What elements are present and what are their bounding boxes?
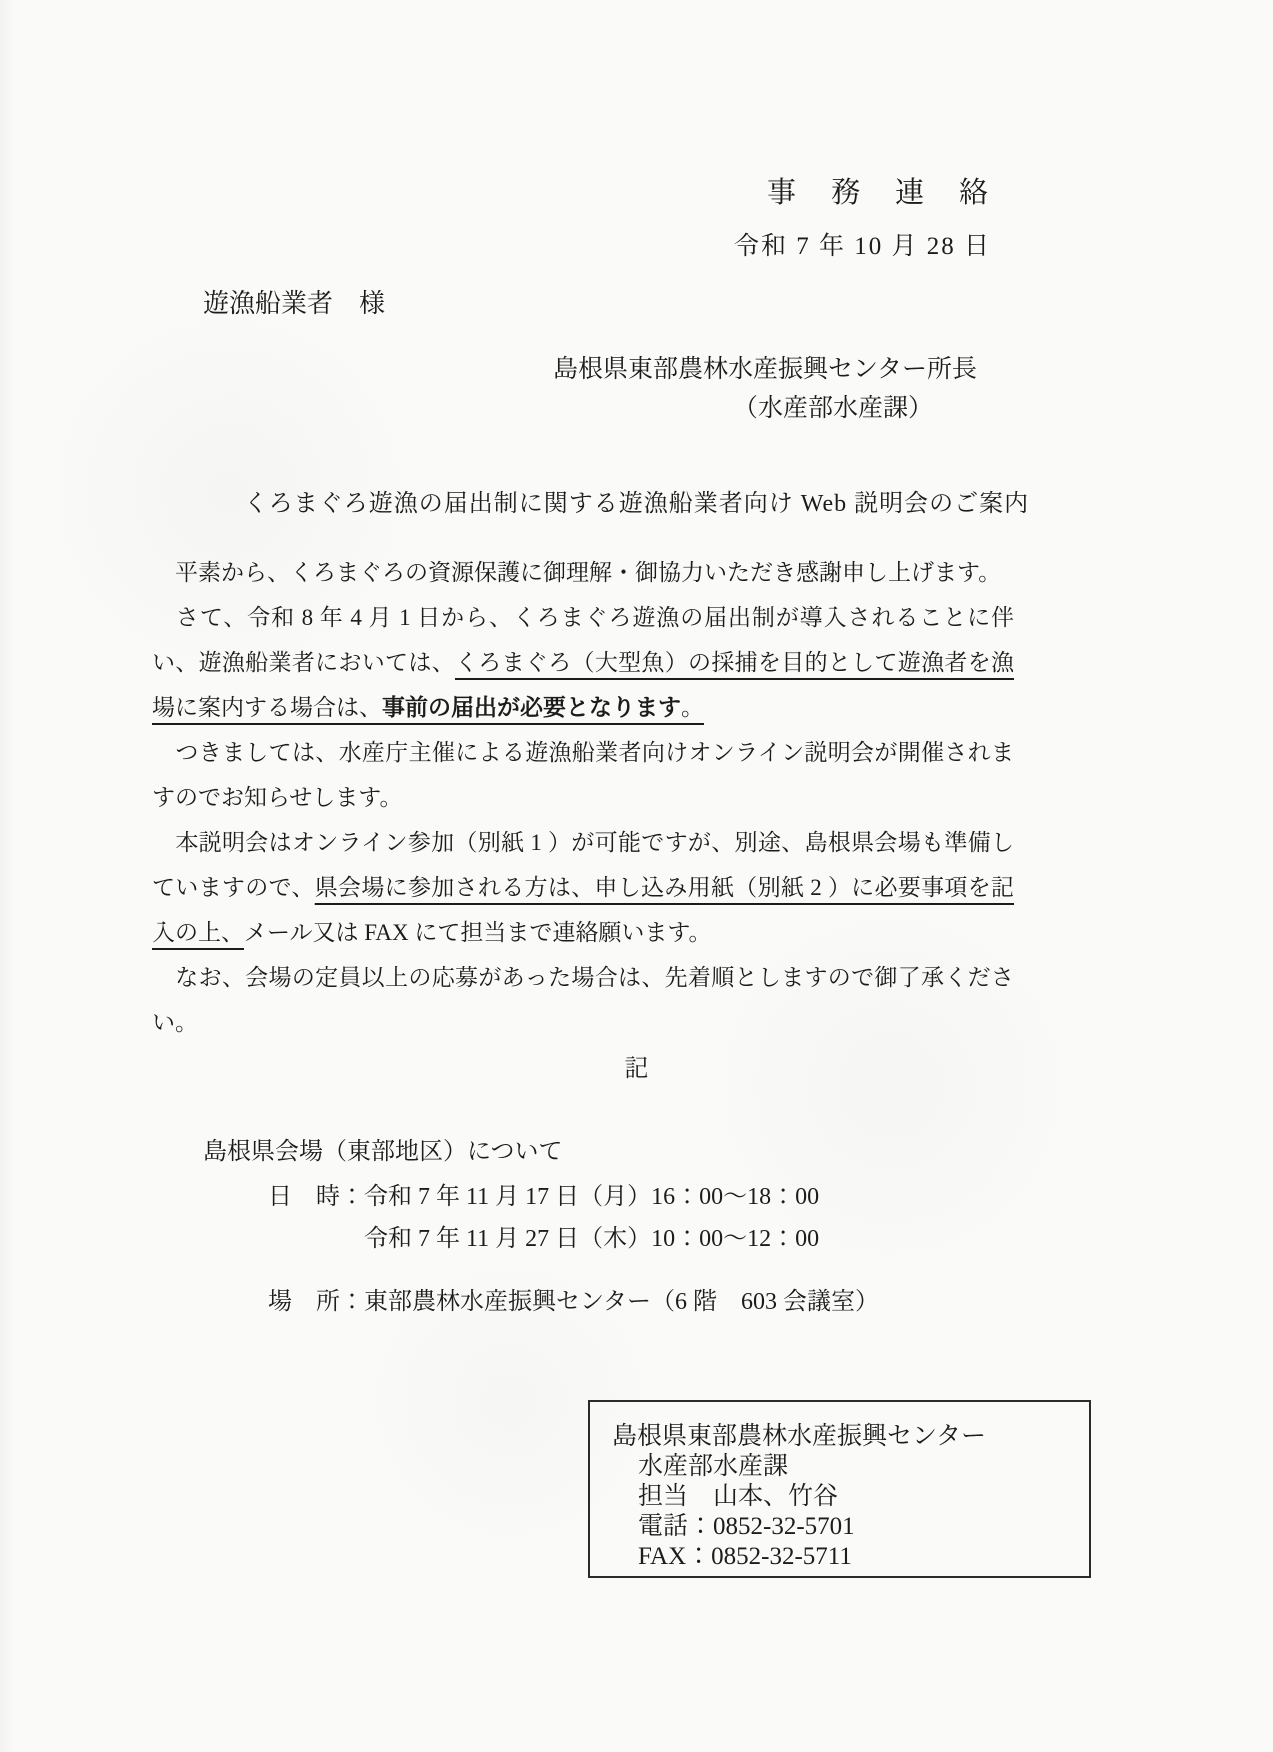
scanned-document-page: 事 務 連 絡 令和 7 年 10 月 28 日 遊漁船業者 様 島根県東部農林… bbox=[0, 0, 1273, 1752]
contact-staff: 担当 山本、竹谷 bbox=[612, 1482, 1089, 1512]
paragraph-greeting: 平素から、くろまぐろの資源保護に御理解・御協力いただき感謝申し上げます。 bbox=[152, 550, 1014, 595]
p2-bold-underlined: 事前の届出が必要となります bbox=[382, 695, 681, 720]
datetime-label: 日 時： bbox=[268, 1184, 364, 1210]
datetime-row-1: 日 時：令和 7 年 11 月 17 日（月）16：00～18：00 bbox=[268, 1176, 879, 1218]
contact-box: 島根県東部農林水産振興センター 水産部水産課 担当 山本、竹谷 電話：0852-… bbox=[588, 1400, 1091, 1578]
contact-fax: FAX：0852-32-5711 bbox=[612, 1542, 1089, 1572]
sender-dept: （水産部水産課） bbox=[553, 389, 977, 428]
ki-marker: 記 bbox=[0, 1048, 1273, 1083]
sender-org-title: 島根県東部農林水産振興センター所長 bbox=[553, 350, 977, 389]
place-row: 場 所：東部農林水産振興センター（6 階 603 会議室） bbox=[268, 1281, 879, 1323]
p2-tail: 。 bbox=[681, 695, 704, 720]
document-title: くろまぐろ遊漁の届出制に関する遊漁船業者向け Web 説明会のご案内 bbox=[0, 483, 1273, 518]
sender-block: 島根県東部農林水産振興センター所長 （水産部水産課） bbox=[553, 350, 977, 428]
place-label: 場 所： bbox=[268, 1289, 364, 1315]
paragraph-notification-system: さて、令和 8 年 4 月 1 日から、くろまぐろ遊漁の届出制が導入されることに… bbox=[152, 595, 1014, 730]
contact-dept: 水産部水産課 bbox=[612, 1452, 1089, 1482]
contact-org: 島根県東部農林水産振興センター bbox=[612, 1422, 1089, 1452]
document-type-label: 事 務 連 絡 bbox=[734, 170, 991, 211]
venue-heading: 島根県会場（東部地区）について bbox=[203, 1131, 563, 1166]
session-details: 日 時：令和 7 年 11 月 17 日（月）16：00～18：00 令和 7 … bbox=[268, 1176, 879, 1323]
paragraph-venue-application: 本説明会はオンライン参加（別紙 1 ）が可能ですが、別途、島根県会場も準備してい… bbox=[152, 820, 1014, 955]
document-date: 令和 7 年 10 月 28 日 bbox=[734, 226, 991, 262]
paragraph-capacity-note: なお、会場の定員以上の応募があった場合は、先着順としますので御了承ください。 bbox=[152, 955, 1014, 1045]
document-header: 事 務 連 絡 令和 7 年 10 月 28 日 bbox=[734, 170, 991, 262]
datetime-row-2: 令和 7 年 11 月 27 日（木）10：00～12：00 bbox=[364, 1218, 879, 1260]
datetime-value-2: 令和 7 年 11 月 27 日（木）10：00～12：00 bbox=[364, 1226, 819, 1252]
place-value: 東部農林水産振興センター（6 階 603 会議室） bbox=[364, 1289, 879, 1315]
datetime-value-1: 令和 7 年 11 月 17 日（月）16：00～18：00 bbox=[364, 1184, 819, 1210]
p4-tail: メール又は FAX にて担当まで連絡願います。 bbox=[244, 920, 712, 945]
contact-phone: 電話：0852-32-5701 bbox=[612, 1512, 1089, 1542]
addressee: 遊漁船業者 様 bbox=[203, 283, 385, 320]
body-text: 平素から、くろまぐろの資源保護に御理解・御協力いただき感謝申し上げます。 さて、… bbox=[152, 550, 1014, 1045]
paragraph-online-session: つきましては、水産庁主催による遊漁船業者向けオンライン説明会が開催されますのでお… bbox=[152, 730, 1014, 820]
